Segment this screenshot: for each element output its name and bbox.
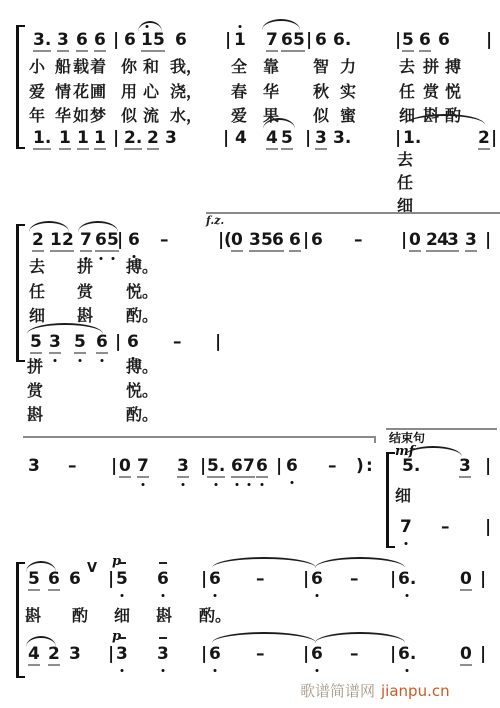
lyric-char: 斟 bbox=[77, 306, 93, 325]
note-token: 2 bbox=[48, 644, 60, 666]
note-token: 6 bbox=[256, 456, 268, 478]
note-token: 6 bbox=[48, 569, 60, 591]
ending-phrase-label: 结束句 bbox=[389, 431, 425, 445]
note-token: 2 bbox=[32, 230, 44, 252]
lyric-char: 小 bbox=[29, 57, 45, 76]
lyric-char: 去 bbox=[397, 150, 413, 169]
note-token: 0 bbox=[409, 230, 421, 252]
barline: | bbox=[223, 128, 229, 148]
lyric-char: 我， bbox=[170, 57, 202, 76]
lyric-char: 悦。 bbox=[126, 282, 158, 301]
note-token: 2. bbox=[124, 128, 142, 150]
barline: | bbox=[303, 644, 309, 664]
note-token: 5 bbox=[74, 332, 86, 354]
note-token: 3 bbox=[315, 128, 327, 150]
slur-arc bbox=[26, 561, 56, 572]
lyric-char: 圃 bbox=[90, 82, 106, 101]
lyric-char: 任 bbox=[397, 173, 413, 192]
barline: | bbox=[395, 128, 401, 148]
lyric-char: 船 bbox=[55, 57, 71, 76]
barline: | bbox=[480, 644, 486, 664]
system-bracket bbox=[16, 224, 25, 362]
note-token: 1 bbox=[141, 30, 153, 52]
note-token: 1. bbox=[33, 128, 51, 150]
lyric-char: 悦。 bbox=[126, 381, 158, 400]
note-token: 5 bbox=[153, 30, 165, 52]
lyric-char: 斟 bbox=[156, 606, 172, 625]
lyric-char: 赏 bbox=[77, 282, 93, 301]
lyric-char: 拼 bbox=[423, 57, 439, 76]
note-token: 1 bbox=[234, 30, 246, 50]
repeat-sign: : bbox=[366, 456, 373, 476]
repeat-sign: ) bbox=[356, 456, 364, 476]
section-line bbox=[23, 436, 376, 438]
note-token: 6 bbox=[231, 456, 243, 478]
note-token: 6 bbox=[127, 332, 139, 352]
note-token: – bbox=[173, 332, 182, 352]
lyric-char: 去 bbox=[399, 57, 415, 76]
lyric-char: 赏 bbox=[27, 381, 43, 400]
barline: | bbox=[117, 230, 123, 250]
lyric-char: 搏 bbox=[445, 57, 461, 76]
note-token: 6 bbox=[94, 30, 106, 52]
note-token: 7 bbox=[137, 456, 149, 478]
barline: | bbox=[115, 332, 121, 352]
barline: | bbox=[215, 332, 221, 352]
note-token: – bbox=[350, 569, 359, 589]
lyric-char: 悦 bbox=[445, 82, 461, 101]
note-token: 6 bbox=[96, 332, 108, 354]
note-token: 6 bbox=[95, 230, 107, 252]
barline: | bbox=[491, 128, 497, 148]
note-token: 6 bbox=[209, 644, 221, 664]
note-token: – bbox=[441, 517, 450, 537]
note-token: 1. bbox=[403, 128, 421, 148]
lyric-char: 酌。 bbox=[199, 606, 231, 625]
note-token: 3 bbox=[459, 456, 471, 478]
lyric-char: 斟 bbox=[27, 405, 43, 424]
note-token: 6 bbox=[438, 30, 450, 50]
note-token: 6 bbox=[209, 569, 221, 589]
barline: | bbox=[480, 569, 486, 589]
barline: | bbox=[303, 569, 309, 589]
slur-arc bbox=[315, 632, 405, 643]
note-token: 6 bbox=[157, 569, 169, 589]
note-token: – bbox=[354, 230, 363, 250]
section-line bbox=[386, 428, 497, 430]
note-token: 3 bbox=[28, 456, 40, 476]
note-token: 1 bbox=[50, 230, 62, 252]
note-token: 6 bbox=[315, 30, 327, 50]
lyric-char: 酌。 bbox=[126, 306, 158, 325]
system-bracket bbox=[16, 562, 25, 678]
note-token: – bbox=[328, 456, 337, 476]
lyric-char: 爱 bbox=[29, 82, 45, 101]
system-bracket bbox=[16, 25, 25, 149]
watermark: 歌谱简谱网jianpu.cn bbox=[300, 680, 450, 701]
lyric-char: 全 bbox=[231, 57, 247, 76]
note-token: 5 bbox=[28, 569, 40, 591]
lyric-char: 搏。 bbox=[126, 357, 158, 376]
note-token: 2 bbox=[147, 128, 159, 150]
slur-arc bbox=[26, 636, 56, 647]
barline: | bbox=[201, 569, 207, 589]
note-token: 3 bbox=[49, 332, 61, 354]
note-token: 1 bbox=[59, 128, 71, 150]
lyric-char: 流 bbox=[143, 106, 159, 125]
lyric-char: 梦 bbox=[90, 106, 106, 125]
breath-mark: V bbox=[87, 561, 97, 576]
note-token: 6 bbox=[175, 30, 187, 50]
lyric-char: 力 bbox=[340, 57, 356, 76]
lyric-char: 赏 bbox=[423, 82, 439, 101]
note-token: 3 bbox=[69, 644, 81, 664]
note-token: 6. bbox=[333, 30, 351, 50]
barline: | bbox=[485, 230, 491, 250]
note-token: – bbox=[160, 230, 169, 250]
note-token: 3 bbox=[57, 30, 69, 52]
note-token: 3 bbox=[177, 456, 189, 478]
lyric-char: 实 bbox=[340, 82, 356, 101]
lyric-char: 着 bbox=[90, 57, 106, 76]
slur-arc bbox=[315, 557, 405, 568]
note-token: 4 bbox=[28, 644, 40, 666]
line-hook bbox=[374, 436, 376, 443]
slur-arc bbox=[405, 114, 485, 125]
note-token: 1 bbox=[77, 128, 89, 150]
barline: | bbox=[303, 230, 309, 250]
note-token: 3. bbox=[333, 128, 351, 148]
barline: | bbox=[113, 128, 119, 148]
note-token: 4 bbox=[266, 128, 278, 150]
lyric-char: 似 bbox=[121, 106, 137, 125]
lyric-char: 拼 bbox=[27, 357, 43, 376]
note-token: 4 bbox=[235, 128, 247, 148]
note-token: 6 bbox=[69, 569, 81, 589]
note-token: 6 bbox=[128, 230, 140, 250]
slur-arc bbox=[78, 221, 118, 232]
barline: | bbox=[113, 30, 119, 50]
slur-arc bbox=[262, 19, 300, 30]
barline: | bbox=[200, 456, 206, 476]
barline: | bbox=[395, 30, 401, 50]
lyric-char: 和 bbox=[143, 57, 159, 76]
note-token: 6. bbox=[398, 569, 416, 589]
lyric-char: 酌。 bbox=[126, 405, 158, 424]
note-token: 6 bbox=[76, 30, 88, 52]
lyric-char: 搏。 bbox=[126, 257, 158, 276]
note-token: 7 bbox=[266, 30, 278, 52]
note-token: 3 bbox=[165, 128, 177, 148]
note-token: – bbox=[350, 644, 359, 664]
lyric-char: 秋 bbox=[313, 82, 329, 101]
barline: | bbox=[305, 128, 311, 148]
lyric-char: 用 bbox=[121, 82, 137, 101]
note-token: 5 bbox=[116, 569, 128, 589]
lyric-char: 拼 bbox=[77, 257, 93, 276]
slur-arc bbox=[29, 221, 69, 232]
note-token: 5 bbox=[402, 30, 414, 52]
barline: | bbox=[276, 456, 282, 476]
note-token: 7 bbox=[243, 456, 255, 478]
barline: | bbox=[486, 30, 492, 50]
note-token: 7 bbox=[80, 230, 92, 252]
barline: | bbox=[306, 30, 312, 50]
note-token: 0 bbox=[460, 644, 472, 666]
lyric-char: 斟 bbox=[25, 606, 41, 625]
note-token: 3. bbox=[33, 30, 51, 52]
jianpu-sheet-page: 3.366|6156|1765|66.|566|小船载着你和我，全靠智力去拼搏爱… bbox=[0, 0, 500, 708]
lyric-char: 如 bbox=[73, 106, 89, 125]
slur-arc bbox=[263, 118, 295, 129]
lyric-char: 靠 bbox=[263, 57, 279, 76]
note-token: 3 bbox=[116, 644, 128, 664]
lyric-char: 细 bbox=[114, 606, 130, 625]
note-token: 1 bbox=[94, 128, 106, 150]
note-token: 3 bbox=[157, 644, 169, 664]
note-token: 7 bbox=[400, 517, 412, 537]
barline: | bbox=[108, 644, 114, 664]
note-token: 6 bbox=[311, 230, 323, 250]
note-token: 6 bbox=[419, 30, 431, 52]
note-token: – bbox=[256, 569, 265, 589]
watermark-site-url-link[interactable]: jianpu.cn bbox=[381, 682, 450, 700]
note-token: 6 bbox=[281, 30, 293, 52]
lyric-char: 年 bbox=[29, 106, 45, 125]
slur-arc bbox=[138, 21, 162, 32]
note-token: 5 bbox=[281, 128, 293, 150]
lyric-char: 华 bbox=[55, 106, 71, 125]
lyric-char: 去 bbox=[29, 257, 45, 276]
barline: | bbox=[225, 30, 231, 50]
system-bracket bbox=[386, 452, 395, 548]
barline: | bbox=[108, 569, 114, 589]
lyric-char: 华 bbox=[263, 82, 279, 101]
note-token: 6 bbox=[289, 230, 301, 252]
note-token: 5 bbox=[30, 332, 42, 354]
note-token: 0 bbox=[231, 230, 243, 252]
note-token: 6 bbox=[311, 644, 323, 664]
slur-arc bbox=[212, 632, 316, 643]
lyric-char: 水， bbox=[170, 106, 202, 125]
lyric-char: 任 bbox=[399, 82, 415, 101]
watermark-site-name: 歌谱简谱网 bbox=[300, 682, 375, 700]
lyric-char: 细 bbox=[29, 306, 45, 325]
lyric-char: 任 bbox=[29, 282, 45, 301]
lyric-char: 酌 bbox=[72, 606, 88, 625]
barline: | bbox=[201, 644, 207, 664]
lyric-char: 春 bbox=[231, 82, 247, 101]
note-token: 6 bbox=[311, 569, 323, 589]
barline: | bbox=[390, 569, 396, 589]
note-token: 3 bbox=[249, 230, 261, 252]
note-token: 2 bbox=[478, 128, 490, 150]
fz-marking: f.z. bbox=[206, 214, 224, 227]
lyric-char: 智 bbox=[313, 57, 329, 76]
slur-arc bbox=[212, 557, 316, 568]
note-token: 0 bbox=[119, 456, 131, 478]
note-token: 5. bbox=[207, 456, 225, 478]
lyric-char: 蜜 bbox=[340, 106, 356, 125]
note-token: – bbox=[68, 456, 77, 476]
section-line bbox=[206, 212, 500, 214]
lyric-char: 似 bbox=[313, 106, 329, 125]
note-token: 0 bbox=[460, 569, 472, 591]
lyric-char: 爱 bbox=[231, 106, 247, 125]
note-token: 6. bbox=[398, 644, 416, 664]
note-token: 5 bbox=[293, 30, 305, 52]
lyric-char: 浇， bbox=[170, 82, 202, 101]
barline: | bbox=[111, 456, 117, 476]
lyric-char: 心 bbox=[143, 82, 159, 101]
barline: | bbox=[485, 456, 491, 476]
note-token: 6 bbox=[124, 30, 136, 50]
barline: | bbox=[390, 644, 396, 664]
note-token: 6 bbox=[272, 230, 284, 252]
barline: | bbox=[401, 230, 407, 250]
lyric-char: 情 bbox=[55, 82, 71, 101]
lyric-char: 你 bbox=[121, 57, 137, 76]
barline: | bbox=[485, 517, 491, 537]
note-token: 2 bbox=[62, 230, 74, 252]
lyric-char: 细 bbox=[395, 486, 411, 505]
note-token: 3 bbox=[465, 230, 477, 252]
lyric-char: 花 bbox=[73, 82, 89, 101]
note-token: – bbox=[256, 644, 265, 664]
note-token: 5. bbox=[402, 456, 420, 476]
note-token: 6 bbox=[286, 456, 298, 476]
lyric-char: 载 bbox=[73, 57, 89, 76]
note-token: 3 bbox=[447, 230, 459, 252]
